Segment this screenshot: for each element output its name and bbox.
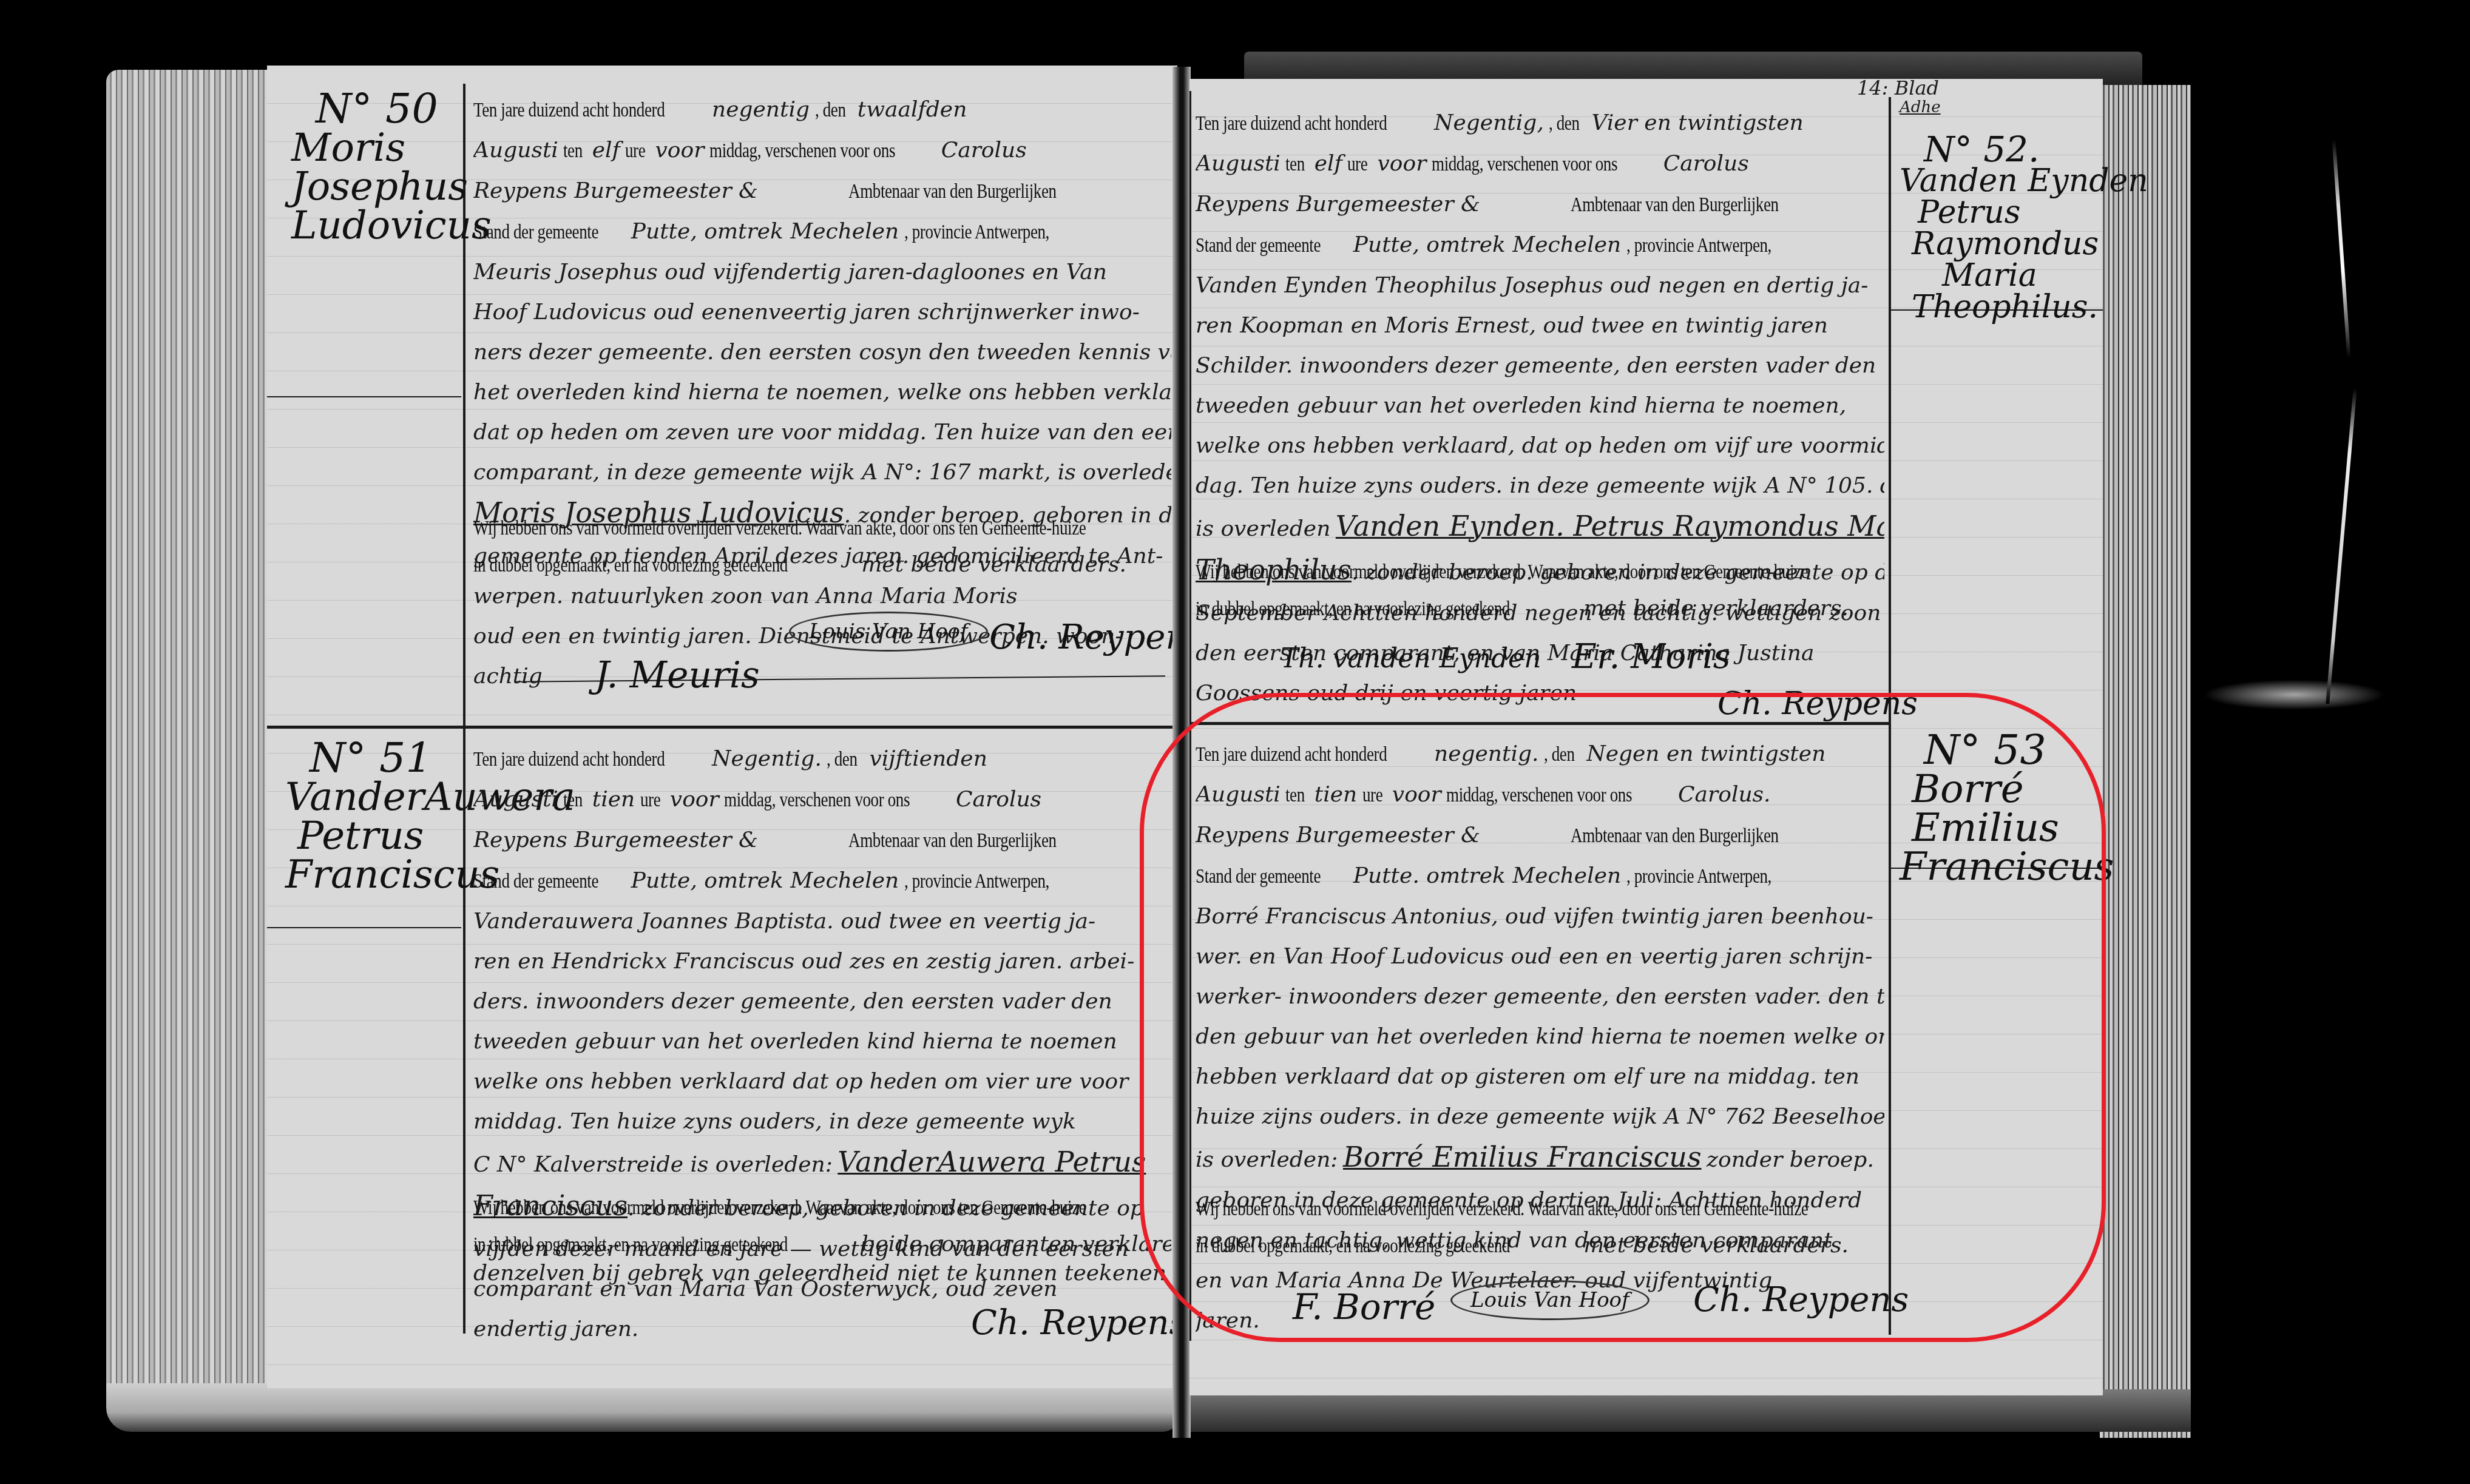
right-page-stack-bottom <box>1183 1389 2191 1432</box>
entry-divider <box>1189 722 1889 725</box>
entry-line: Stand der gemeente Putte, omtrek Mechele… <box>473 212 1171 252</box>
signature: Ch. Reypens <box>971 1303 1186 1343</box>
entry-line: Schilder. inwoonders dezer gemeente, den… <box>1196 346 1884 386</box>
signature: Ch. Reypens <box>1717 686 1918 722</box>
entry-line: dat op heden om zeven ure voor middag. T… <box>473 413 1171 453</box>
entry-line: dag. Ten huize zyns ouders. in deze geme… <box>1196 466 1884 506</box>
margin-name-line: Maria <box>1900 260 2148 291</box>
left-page-stack-bottom <box>106 1383 1180 1432</box>
entry-51-closing: Wij hebben ons van voormeld overlijden v… <box>473 1194 1171 1287</box>
right-page: 14: Blad Adhe N° 52. Vanden Eynden Petru… <box>1189 79 2103 1395</box>
entry-53-closing: Wij hebben ons van voormeld overlijden v… <box>1196 1195 1884 1261</box>
entry-line: wer. en Van Hoof Ludovicus oud een en ve… <box>1196 937 1884 977</box>
signature: Ch. Reypens <box>1693 1280 1909 1320</box>
entry-line: is overleden: Borré Emilius Franciscus z… <box>1196 1137 1884 1181</box>
folio-initials: Adhe <box>1900 98 1941 116</box>
entry-number: N° 50 <box>291 90 492 129</box>
deceased-name: Vanden Eynden. Petrus Raymondus Maria <box>1336 510 1884 542</box>
entry-line: Ten jare duizend acht honderd negentig. … <box>1196 734 1884 775</box>
margin-rule <box>463 84 465 1334</box>
entry-line: Hoof Ludovicus oud eenenveertig jaren sc… <box>473 292 1171 332</box>
entry-line: Ten jare duizend acht honderd negentig ,… <box>473 90 1171 130</box>
entry-number: N° 52. <box>1900 133 2148 165</box>
entry-line: Reypens Burgemeester & Ambtenaar van den… <box>473 820 1171 861</box>
deceased-name: VanderAuwera Petrus <box>837 1145 1146 1178</box>
entry-line: het overleden kind hierna te noemen, wel… <box>473 373 1171 413</box>
entry-line: Augusti ten elf ure voor middag, versche… <box>1196 144 1884 184</box>
margin-name-line: Petrus <box>1900 197 2148 228</box>
entry-number: N° 53 <box>1900 731 2114 770</box>
entry-line: Augusti ten tien ure voor middag, versch… <box>1196 775 1884 815</box>
margin-name-line: Franciscus <box>1900 848 2114 886</box>
margin-entry-50: N° 50 Moris Josephus Ludovicus <box>291 90 492 245</box>
left-page-stack <box>106 70 270 1420</box>
margin-entry-53: N° 53 Borré Emilius Franciscus <box>1900 731 2114 886</box>
signature: Th. vanden Eynden <box>1281 643 1541 674</box>
entry-51-signatures: Ch. Reypens <box>473 1291 1171 1364</box>
entry-50-signatures: J. Meuris Louis Van Hoof Ch. Reypens <box>473 605 1171 715</box>
margin-name-line: Borré <box>1900 770 2114 809</box>
folio-note: 14: Blad <box>1857 76 1939 99</box>
entry-line: Stand der gemeente Putte, omtrek Mechele… <box>1196 225 1884 266</box>
margin-name-line: Emilius <box>1900 809 2114 848</box>
entry-line: middag. Ten huize zyns ouders, in deze g… <box>473 1102 1171 1142</box>
entry-line: welke ons hebben verklaard, dat op heden… <box>1196 426 1884 466</box>
entry-line: welke ons hebben verklaard dat op heden … <box>473 1062 1171 1102</box>
margin-name-line: Raymondus <box>1900 228 2148 260</box>
margin-name-line: Theophilus. <box>1900 291 2148 323</box>
entry-line: Stand der gemeente Putte, omtrek Mechele… <box>473 861 1171 902</box>
entry-line: Reypens Burgemeester & Ambtenaar van den… <box>1196 184 1884 225</box>
entry-line: ders. inwoonders dezer gemeente, den eer… <box>473 982 1171 1022</box>
entry-line: Augusti ten elf ure voor middag, versche… <box>473 130 1171 171</box>
entry-line: comparant, in deze gemeente wijk A N°: 1… <box>473 453 1171 493</box>
book-gutter <box>1172 67 1191 1438</box>
entry-line: ners dezer gemeente. den eersten cosyn d… <box>473 332 1171 373</box>
entry-line: huize zijns ouders. in deze gemeente wij… <box>1196 1097 1884 1137</box>
entry-line: is overleden Vanden Eynden. Petrus Raymo… <box>1196 506 1884 550</box>
entry-line: Augusti ten tien ure voor middag, versch… <box>473 780 1171 820</box>
entry-line: tweeden gebuur van het overleden kind hi… <box>1196 386 1884 426</box>
entry-line: Ten jare duizend acht honderd Negentig, … <box>1196 103 1884 144</box>
entry-52-closing: Wij hebben ons van voormeld overlijden v… <box>1196 558 1884 624</box>
entry-line: werker- inwoonders dezer gemeente, den e… <box>1196 977 1884 1017</box>
left-page: N° 50 Moris Josephus Ludovicus Ten jare … <box>267 66 1177 1388</box>
entry-50-closing: Wij hebben ons van voormeld overlijden v… <box>473 514 1171 580</box>
entry-line: hebben verklaard dat op gisteren om elf … <box>1196 1057 1884 1097</box>
margin-divider <box>267 396 461 397</box>
margin-divider <box>267 927 461 928</box>
signature: J. Meuris <box>595 654 760 696</box>
entry-line: Ten jare duizend acht honderd Negentig. … <box>473 739 1171 780</box>
margin-name-line: Josephus <box>291 167 492 206</box>
entry-line: tweeden gebuur van het overleden kind hi… <box>473 1022 1171 1062</box>
margin-name-line: Ludovicus <box>291 206 492 245</box>
entry-line: den gebuur van het overleden kind hierna… <box>1196 1017 1884 1057</box>
entry-divider <box>267 726 1177 729</box>
entry-line: Stand der gemeente Putte. omtrek Mechele… <box>1196 856 1884 897</box>
light-flare <box>2203 680 2385 710</box>
inner-rule <box>1189 91 1191 1341</box>
margin-entry-52: N° 52. Vanden Eynden Petrus Raymondus Ma… <box>1900 133 2148 323</box>
entry-53-signatures: F. Borré Louis Van Hoof Ch. Reypens <box>1196 1268 1884 1347</box>
entry-line: Meuris Josephus oud vijfendertig jaren-d… <box>473 252 1171 292</box>
entry-line: ren Koopman en Moris Ernest, oud twee en… <box>1196 306 1884 346</box>
entry-line: Borré Franciscus Antonius, oud vijfen tw… <box>1196 897 1884 937</box>
entry-52-signatures: Th. vanden Eynden Er. Moris Ch. Reypens <box>1196 631 1884 722</box>
signature: Er. Moris <box>1572 637 1731 676</box>
entry-line: Reypens Burgemeester & Ambtenaar van den… <box>1196 815 1884 856</box>
signature: F. Borré <box>1293 1286 1435 1327</box>
margin-name-line: Vanden Eynden <box>1900 165 2148 197</box>
scan-artifact <box>2332 140 2350 358</box>
deceased-name: Borré Emilius Franciscus <box>1343 1141 1702 1173</box>
entry-line: Vanden Eynden Theophilus Josephus oud ne… <box>1196 266 1884 306</box>
signature-stamp: Louis Van Hoof <box>1450 1280 1649 1320</box>
entry-line: Reypens Burgemeester & Ambtenaar van den… <box>473 171 1171 212</box>
margin-name-line: Moris <box>291 129 492 167</box>
entry-line: ren en Hendrickx Franciscus oud zes en z… <box>473 942 1171 982</box>
entry-line: C N° Kalverstreide is overleden: VanderA… <box>473 1142 1171 1186</box>
scan-artifact <box>2326 388 2357 704</box>
entry-line: Vanderauwera Joannes Baptista. oud twee … <box>473 902 1171 942</box>
signature-stamp: Louis Van Hoof <box>789 612 988 652</box>
